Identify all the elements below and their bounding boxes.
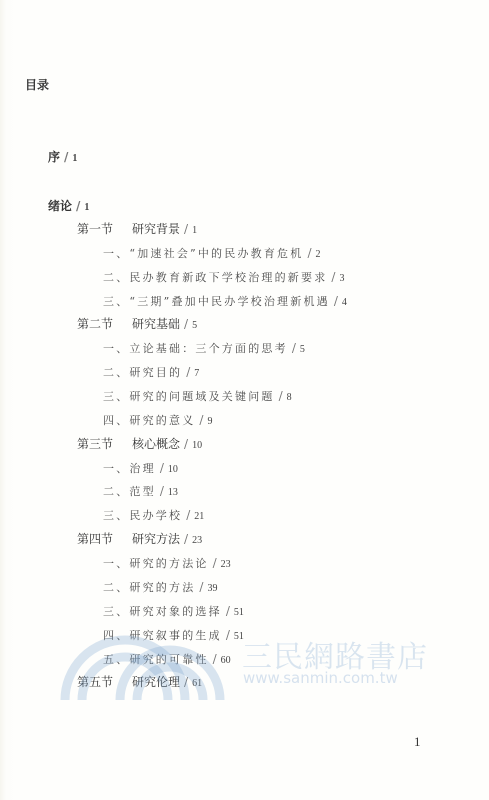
toc-section-1[interactable]: 第一节研究背景/1 [77,221,197,239]
separator: / [334,294,338,308]
page-ref: 1 [84,202,89,213]
toc-item[interactable]: 五、研究的可靠性/60 [103,651,231,669]
toc-item[interactable]: 四、研究叙事的生成/51 [103,627,244,645]
section-title: 研究伦理 [132,675,180,689]
page-ref: 3 [339,273,344,284]
item-label: 三、研究的问题域及关键问题 [103,390,275,403]
separator: / [184,437,188,451]
toc-item[interactable]: 三、“三期”叠加中民办学校治理新机遇/4 [103,293,347,311]
toc-section-3[interactable]: 第三节核心概念/10 [77,436,202,454]
item-label: 三、研究对象的选择 [103,605,222,618]
watermark-store-name: 三民網路書店 [242,632,428,676]
item-label: 二、研究目的 [103,366,182,379]
separator: / [199,413,203,427]
section-number: 第四节 [77,531,132,547]
toc-item[interactable]: 三、研究对象的选择/51 [103,603,244,621]
separator: / [226,628,230,642]
section-title: 核心概念 [132,437,180,451]
separator: / [76,199,80,213]
page-ref: 5 [192,320,197,331]
page-ref: 13 [168,487,178,498]
toc-item[interactable]: 四、研究的意义/9 [103,412,212,430]
section-number: 第二节 [77,316,132,332]
page-ref: 23 [192,535,202,546]
page-ref: 21 [194,511,204,522]
section-title: 研究背景 [132,222,180,236]
separator: / [331,270,335,284]
item-label: 三、“三期”叠加中民办学校治理新机遇 [103,295,330,308]
page-ref: 1 [72,153,77,164]
toc-section-2[interactable]: 第二节研究基础/5 [77,316,197,334]
item-label: 四、研究的意义 [103,414,195,427]
item-label: 三、民办学校 [103,509,182,522]
separator: / [186,508,190,522]
page-ref: 2 [316,249,321,260]
separator: / [184,532,188,546]
toc-section-4[interactable]: 第四节研究方法/23 [77,531,202,549]
section-title: 研究基础 [132,317,180,331]
separator: / [213,556,217,570]
page-ref: 1 [192,225,197,236]
watermark-url: www.sanmin.com.tw [243,669,398,687]
page-ref: 61 [192,678,202,689]
page-ref: 51 [234,607,244,618]
toc-item[interactable]: 三、研究的问题域及关键问题/8 [103,388,292,406]
book-page: 目录 序/1 绪论/1 第一节研究背景/1 一、“加速社会”中的民办教育危机/2… [0,0,489,800]
item-label: 二、研究的方法 [103,581,195,594]
separator: / [184,222,188,236]
separator: / [307,246,311,260]
toc-item[interactable]: 一、研究的方法论/23 [103,555,231,573]
page-ref: 7 [194,368,199,379]
section-number: 第一节 [77,221,132,237]
page-ref: 5 [300,344,305,355]
item-label: 一、治理 [103,462,156,475]
separator: / [199,580,203,594]
toc-item[interactable]: 二、研究的方法/39 [103,579,217,597]
page-ref: 10 [168,464,178,475]
toc-entry-preface[interactable]: 序/1 [48,149,77,167]
separator: / [160,484,164,498]
separator: / [213,652,217,666]
toc-item[interactable]: 二、研究目的/7 [103,364,199,382]
separator: / [226,604,230,618]
separator: / [292,341,296,355]
toc-item[interactable]: 一、“加速社会”中的民办教育危机/2 [103,245,321,263]
separator: / [186,365,190,379]
separator: / [64,150,68,164]
toc-item[interactable]: 一、治理/10 [103,460,178,478]
separator: / [279,389,283,403]
section-title: 研究方法 [132,532,180,546]
section-number: 第三节 [77,436,132,452]
entry-label: 序 [48,150,60,164]
page-ref: 4 [342,297,347,308]
separator: / [160,461,164,475]
item-label: 一、“加速社会”中的民办教育危机 [103,247,303,260]
entry-label: 绪论 [48,199,72,213]
toc-item[interactable]: 一、立论基础：三个方面的思考/5 [103,340,305,358]
item-label: 五、研究的可靠性 [103,653,209,666]
item-label: 一、立论基础：三个方面的思考 [103,342,288,355]
toc-item[interactable]: 三、民办学校/21 [103,507,204,525]
page-ref: 60 [221,655,231,666]
page-ref: 10 [192,440,202,451]
page-ref: 51 [234,631,244,642]
toc-item[interactable]: 二、范型/13 [103,483,178,501]
item-label: 二、民办教育新政下学校治理的新要求 [103,271,327,284]
page-ref: 8 [287,392,292,403]
separator: / [184,675,188,689]
page-ref: 9 [207,416,212,427]
toc-section-5[interactable]: 第五节研究伦理/61 [77,674,202,692]
page-ref: 39 [207,583,217,594]
page-number: 1 [414,734,421,750]
item-label: 二、范型 [103,485,156,498]
separator: / [184,317,188,331]
page-ref: 23 [221,559,231,570]
item-label: 一、研究的方法论 [103,557,209,570]
toc-item[interactable]: 二、民办教育新政下学校治理的新要求/3 [103,269,344,287]
toc-entry-introduction[interactable]: 绪论/1 [48,198,89,216]
item-label: 四、研究叙事的生成 [103,629,222,642]
section-number: 第五节 [77,674,132,690]
toc-heading: 目录 [25,76,49,93]
